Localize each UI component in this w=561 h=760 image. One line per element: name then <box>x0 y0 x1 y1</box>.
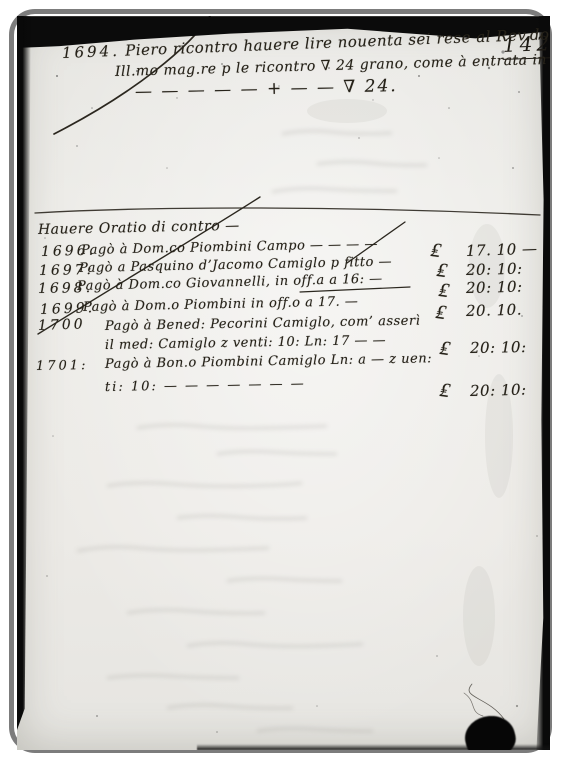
manuscript-scan-view: 142 1694. Piero ricontro hauere lire nou… <box>0 0 561 760</box>
entry-1701-text: Pagò à Bon.o Piombini Camiglo Ln: a — z … <box>105 351 432 372</box>
ruled-line <box>35 208 540 215</box>
entry-1700-year: 1700 <box>38 316 86 334</box>
entry-1701-text2: ti: 10: — — — — — — — <box>105 376 306 395</box>
entry-1701-amount: 20: 10: <box>470 381 527 400</box>
top-entry-sum-line: — — — — — + — — ∇ 24. <box>135 76 398 102</box>
entry-1696-amount: 17. 10 — <box>466 240 538 260</box>
hairline-scratch <box>469 684 504 719</box>
entry-1701-year: 1701: <box>36 358 89 374</box>
entry-1700-currency: ₤ <box>438 335 452 361</box>
entry-1697-amount: 20: 10: <box>466 260 523 279</box>
top-entry-year: 1694. <box>62 42 121 62</box>
entry-1701-currency: ₤ <box>438 377 452 403</box>
entry-1700-text2: il med: Camiglo z venti: 10: Ln: 17 — — <box>105 333 386 353</box>
ledger-header: Hauere Oratio di contro — <box>38 218 240 238</box>
scan-edge-left <box>17 16 31 730</box>
entry-1699-text: Pagò à Dom.o Piombini in off.o a 17. — <box>83 294 359 315</box>
entry-1699-currency: ₤ <box>434 299 448 325</box>
manuscript-page: 142 1694. Piero ricontro hauere lire nou… <box>17 16 550 750</box>
scan-thumb-mark <box>461 711 520 750</box>
hairline-scratch-2 <box>464 693 483 716</box>
entry-1700-text: Pagò à Bened: Pecorini Camiglo, com’ ass… <box>105 313 421 334</box>
entry-1699-amount: 20. 10. <box>466 301 522 320</box>
scan-edge-right <box>534 16 550 750</box>
entry-1700-amount: 20: 10: <box>470 338 527 357</box>
entry-1698-amount: 20: 10: <box>466 278 523 297</box>
